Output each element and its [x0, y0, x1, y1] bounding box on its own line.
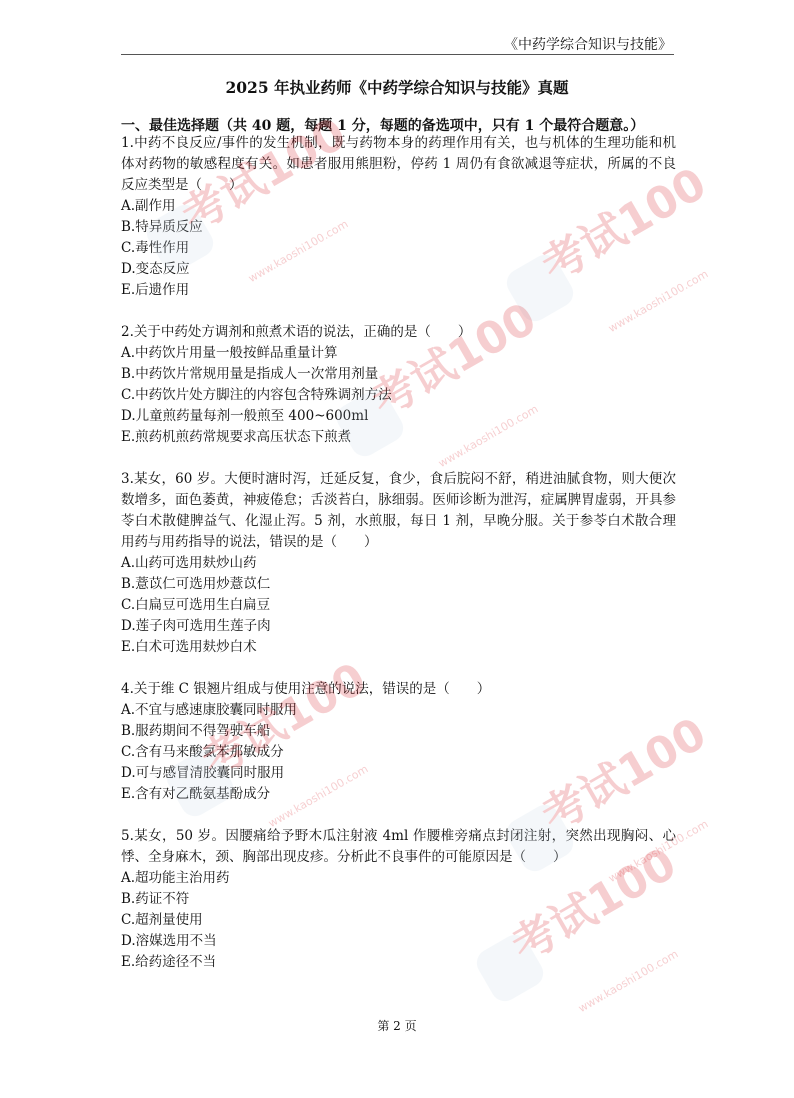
- option-d: D.溶媒选用不当: [121, 931, 676, 952]
- option-e: E.白术可选用麸炒白术: [121, 637, 676, 658]
- option-e: E.含有对乙酰氨基酚成分: [121, 784, 676, 805]
- question-stem: 1.中药不良反应/事件的发生机制，既与药物本身的药理作用有关，也与机体的生理功能…: [121, 133, 676, 196]
- option-d: D.儿童煎药量每剂一般煎至 400~600ml: [121, 406, 676, 427]
- section-heading: 一、最佳选择题（共 40 题，每题 1 分，每题的备选项中，只有 1 个最符合题…: [121, 115, 644, 135]
- option-c: C.中药饮片处方脚注的内容包含特殊调剂方法: [121, 385, 676, 406]
- option-e: E.煎药机煎药常规要求高压状态下煎煮: [121, 427, 676, 448]
- option-d: D.变态反应: [121, 259, 676, 280]
- question-stem: 5.某女，50 岁。因腰痛给予野木瓜注射液 4ml 作腰椎旁痛点封闭注射，突然出…: [121, 826, 676, 868]
- question-stem: 4.关于维 C 银翘片组成与使用注意的说法，错误的是（ ）: [121, 679, 676, 700]
- question-stem: 2.关于中药处方调剂和煎煮术语的说法，正确的是（ ）: [121, 322, 676, 343]
- option-b: B.薏苡仁可选用炒薏苡仁: [121, 574, 676, 595]
- running-header: 《中药学综合知识与技能》: [504, 34, 672, 54]
- header-rule: [121, 54, 674, 55]
- question-5: 5.某女，50 岁。因腰痛给予野木瓜注射液 4ml 作腰椎旁痛点封闭注射，突然出…: [121, 826, 676, 973]
- option-a: A.山药可选用麸炒山药: [121, 553, 676, 574]
- document-page: 《中药学综合知识与技能》 2025 年执业药师《中药学综合知识与技能》真题 一、…: [0, 0, 794, 1098]
- question-3: 3.某女，60 岁。大便时溏时泻，迁延反复，食少，食后脘闷不舒，稍进油腻食物，则…: [121, 469, 676, 658]
- option-c: C.超剂量使用: [121, 910, 676, 931]
- question-2: 2.关于中药处方调剂和煎煮术语的说法，正确的是（ ） A.中药饮片用量一般按鲜品…: [121, 322, 676, 448]
- option-a: A.超功能主治用药: [121, 868, 676, 889]
- option-b: B.中药饮片常规用量是指成人一次常用剂量: [121, 364, 676, 385]
- question-stem: 3.某女，60 岁。大便时溏时泻，迁延反复，食少，食后脘闷不舒，稍进油腻食物，则…: [121, 469, 676, 553]
- question-4: 4.关于维 C 银翘片组成与使用注意的说法，错误的是（ ） A.不宜与感速康胶囊…: [121, 679, 676, 805]
- option-a: A.副作用: [121, 196, 676, 217]
- option-d: D.可与感冒清胶囊同时服用: [121, 763, 676, 784]
- option-e: E.后遗作用: [121, 280, 676, 301]
- option-b: B.特异质反应: [121, 217, 676, 238]
- option-c: C.白扁豆可选用生白扁豆: [121, 595, 676, 616]
- question-1: 1.中药不良反应/事件的发生机制，既与药物本身的药理作用有关，也与机体的生理功能…: [121, 133, 676, 301]
- page-number: 第 2 页: [0, 1017, 794, 1034]
- question-list: 1.中药不良反应/事件的发生机制，既与药物本身的药理作用有关，也与机体的生理功能…: [121, 133, 676, 994]
- option-c: C.毒性作用: [121, 238, 676, 259]
- option-d: D.莲子肉可选用生莲子肉: [121, 616, 676, 637]
- option-e: E.给药途径不当: [121, 952, 676, 973]
- page-title: 2025 年执业药师《中药学综合知识与技能》真题: [0, 76, 794, 98]
- option-a: A.不宜与感速康胶囊同时服用: [121, 700, 676, 721]
- option-c: C.含有马来酸氯苯那敏成分: [121, 742, 676, 763]
- option-b: B.服药期间不得驾驶车船: [121, 721, 676, 742]
- option-b: B.药证不符: [121, 889, 676, 910]
- option-a: A.中药饮片用量一般按鲜品重量计算: [121, 343, 676, 364]
